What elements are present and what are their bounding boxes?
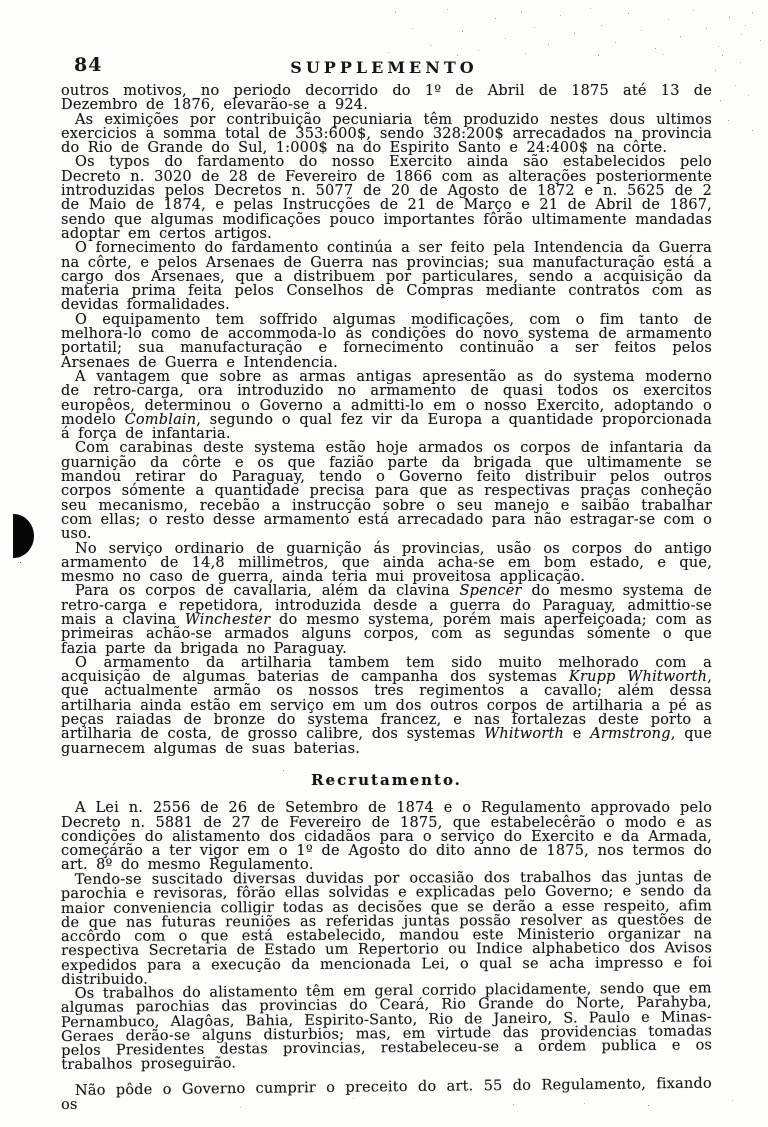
paragraph: A Lei n. 2556 de 26 de Setembro de 1874 …: [61, 801, 712, 872]
paragraph: Com carabinas deste systema estão hoje a…: [61, 441, 712, 541]
text-run: O equipamento tem soffrido algumas modif…: [61, 312, 712, 371]
paragraph: O fornecimento do fardamento continúa a …: [61, 241, 712, 312]
paragraph: A vantagem que sobre as armas antigas ap…: [61, 370, 712, 441]
text-run: Tendo-se suscitado diversas duvidas por …: [61, 869, 712, 988]
scanned-page: 84 SUPPLEMENTO outros motivos, no period…: [0, 0, 768, 1127]
text-run: No serviço ordinario de guarnição ás pro…: [61, 541, 712, 586]
running-title: SUPPLEMENTO: [0, 58, 768, 77]
paragraph: Os typos do fardamento do nosso Exercito…: [61, 155, 712, 241]
italic-term: Whitworth: [484, 726, 564, 742]
text-run: A Lei n. 2556 de 26 de Setembro de 1874 …: [61, 800, 712, 873]
text-run: Com carabinas deste systema estão hoje a…: [61, 440, 712, 542]
paragraph: O equipamento tem soffrido algumas modif…: [61, 313, 712, 370]
text-run: As eximições por contribuição pecuniaria…: [61, 112, 712, 157]
text-run: O fornecimento do fardamento continúa a …: [61, 240, 712, 313]
text-run: e: [564, 726, 590, 742]
text-run: outros motivos, no periodo decorrido do …: [61, 83, 712, 113]
text-run: Os trabalhos do alistamento têm em geral…: [61, 980, 712, 1073]
section-recruitment: Recrutamento. A Lei n. 2556 de 26 de Set…: [61, 773, 712, 1113]
paragraph: No serviço ordinario de guarnição ás pro…: [61, 542, 712, 585]
paragraph: Tendo-se suscitado diversas duvidas por …: [61, 870, 712, 987]
paragraph: O armamento da artilharia tambem tem sid…: [61, 656, 712, 756]
ink-blot: [13, 514, 34, 558]
paragraph: Para os corpos de cavallaria, além da cl…: [61, 584, 712, 655]
page-body: outros motivos, no periodo decorrido do …: [61, 84, 712, 1112]
text-run: Não pôde o Governo cumprir o preceito do…: [61, 1076, 712, 1114]
paragraph: Não pôde o Governo cumprir o preceito do…: [61, 1077, 712, 1113]
paragraph: Os trabalhos do alistamento têm em geral…: [61, 981, 713, 1072]
paragraph: As eximições por contribuição pecuniaria…: [61, 113, 712, 156]
scan-noise-speckles: [0, 0, 1, 1]
text-run: Os typos do fardamento do nosso Exercito…: [61, 154, 712, 241]
section-heading: Recrutamento.: [61, 773, 712, 787]
section-armament-report: outros motivos, no periodo decorrido do …: [61, 84, 712, 756]
italic-term: Armstrong: [590, 726, 671, 742]
paragraph: outros motivos, no periodo decorrido do …: [61, 84, 712, 113]
